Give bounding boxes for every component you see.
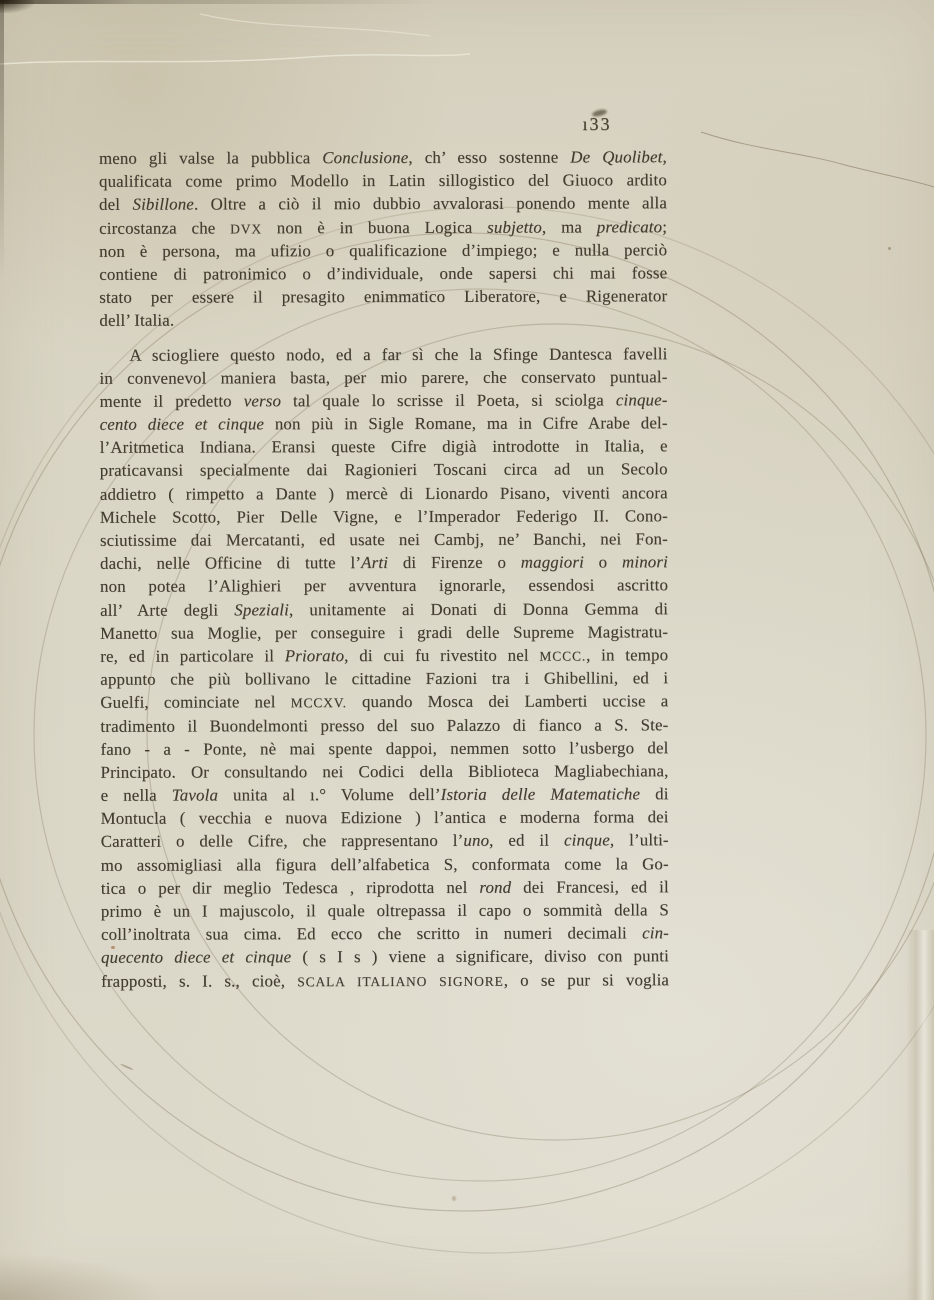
text-segment: contiene di patronimico o d’individuale,… bbox=[99, 263, 667, 283]
text-segment: qualificata come primo Modello in Latin … bbox=[99, 170, 667, 190]
text-segment: , ma bbox=[542, 217, 597, 236]
text-line: del Sibillone. Oltre a ciò il mio dubbio… bbox=[99, 192, 667, 217]
text-segment: coll’inoltrata sua cima. Ed ecco che scr… bbox=[101, 924, 642, 944]
text-segment: ( s I s ) viene a significare, diviso co… bbox=[291, 947, 669, 967]
text-segment: mo assomigliasi alla figura dell’alfabet… bbox=[101, 854, 669, 874]
text-line: Montucla ( vecchia e nuova Edizione ) l’… bbox=[101, 806, 669, 831]
text-segment: dell’ Italia. bbox=[99, 311, 174, 330]
deckle-edge-right bbox=[906, 930, 934, 1300]
paper-crack-line bbox=[701, 132, 934, 187]
text-line: coll’inoltrata sua cima. Ed ecco che scr… bbox=[101, 921, 669, 946]
text-segment: non è persona, ma ufizio o qualificazion… bbox=[99, 240, 667, 260]
crease-highlight-left bbox=[0, 54, 470, 64]
text-segment-smallcaps: DVX bbox=[230, 221, 262, 236]
text-segment-italic: cento diece et cinque bbox=[100, 414, 264, 433]
text-line: addietro ( rimpetto a Dante ) mercè di L… bbox=[100, 481, 668, 506]
text-line: in convenevol maniera basta, per mio par… bbox=[99, 365, 667, 390]
text-segment: frapposti, s. I. s., cioè, bbox=[101, 971, 297, 991]
text-line: Principato. Or consultando nei Codici de… bbox=[101, 759, 669, 784]
text-segment: Montucla ( vecchia e nuova Edizione ) l’… bbox=[101, 808, 669, 828]
text-segment: ; bbox=[662, 217, 667, 236]
text-segment-italic: Tavola bbox=[172, 785, 218, 804]
text-line: Manetto sua Moglie, per conseguire i gra… bbox=[100, 620, 668, 645]
scanned-book-page: ı33 meno gli valse la pubblica Conclusio… bbox=[0, 0, 934, 1300]
text-line: stato per essere il presagito enimmatico… bbox=[99, 284, 667, 309]
text-line: contiene di patronimico o d’individuale,… bbox=[99, 261, 667, 286]
text-line: qualificata come primo Modello in Latin … bbox=[99, 168, 667, 193]
text-segment-italic: Sibillone bbox=[132, 195, 194, 214]
text-line: Michele Scotto, Pier Delle Vigne, e l’Im… bbox=[100, 504, 668, 529]
text-line: mo assomigliasi alla figura dell’alfabet… bbox=[101, 852, 669, 877]
text-line: mente il predetto verso tal quale lo scr… bbox=[100, 388, 668, 413]
text-segment: , ch’ esso sostenne bbox=[408, 148, 570, 167]
text-segment: meno gli valse la pubblica bbox=[99, 148, 322, 168]
text-line: dell’ Italia. bbox=[99, 308, 667, 333]
text-segment: dei Francesi, ed il bbox=[511, 877, 669, 896]
text-segment: A sciogliere questo nodo, ed a far sì ch… bbox=[129, 344, 667, 364]
foxing-speck bbox=[452, 1196, 456, 1201]
text-line: dachi, nelle Officine di tutte l’Arti di… bbox=[100, 550, 668, 575]
text-segment: circostanza che bbox=[99, 218, 230, 237]
text-line: primo è un I majuscolo, il quale oltrepa… bbox=[101, 898, 669, 923]
text-segment-italic: maggiori bbox=[521, 553, 584, 572]
text-block: meno gli valse la pubblica Conclusione, … bbox=[99, 145, 669, 992]
text-segment: in convenevol maniera basta, per mio par… bbox=[99, 367, 667, 387]
top-edge-shadow bbox=[0, 0, 440, 4]
text-segment-italic: cinque- bbox=[616, 390, 668, 409]
page-number: ı33 bbox=[565, 114, 629, 135]
text-segment: mente il predetto bbox=[100, 391, 244, 410]
text-segment-italic: Conclusione bbox=[322, 148, 408, 167]
text-segment: , bbox=[662, 147, 666, 166]
text-segment-italic: Istoria delle Matematiche bbox=[441, 784, 641, 804]
text-segment: non potea l’Alighieri per avventura igno… bbox=[100, 576, 668, 596]
text-segment-italic: verso bbox=[244, 391, 281, 410]
text-segment: all’ Arte degli bbox=[100, 600, 234, 619]
corner-shadow-top-left bbox=[0, 0, 34, 13]
text-segment: , o se pur si voglia bbox=[504, 970, 669, 989]
text-segment: Manetto sua Moglie, per conseguire i gra… bbox=[100, 622, 668, 642]
text-segment-italic: Arti bbox=[361, 553, 388, 572]
text-segment: , ed il bbox=[489, 831, 564, 850]
text-segment-italic: Priorato bbox=[285, 646, 344, 665]
text-segment-italic: Speziali bbox=[234, 600, 289, 619]
text-segment: del bbox=[99, 195, 132, 214]
text-segment: Michele Scotto, Pier Delle Vigne, e l’Im… bbox=[100, 506, 668, 526]
text-line: sciutissime dai Mercatanti, ed usate nei… bbox=[100, 527, 668, 552]
text-line: A sciogliere questo nodo, ed a far sì ch… bbox=[99, 342, 667, 367]
text-segment: non più in Sigle Romane, ma in Cifre Ara… bbox=[264, 413, 668, 433]
text-segment: sciutissime dai Mercatanti, ed usate nei… bbox=[100, 529, 668, 549]
text-line: frapposti, s. I. s., cioè, SCALA ITALIAN… bbox=[101, 968, 669, 993]
left-edge-shadow bbox=[0, 0, 4, 280]
text-segment: re, ed in particolare il bbox=[100, 646, 285, 665]
text-segment: praticavansi specialmente dai Ragionieri… bbox=[100, 460, 668, 480]
text-line: all’ Arte degli Speziali, unitamente ai … bbox=[100, 597, 668, 622]
paper-scratch bbox=[120, 1063, 134, 1071]
text-segment-smallcaps: SCALA ITALIANO SIGNORE bbox=[297, 973, 504, 989]
text-line: Caratteri o delle Cifre, che rappresenta… bbox=[101, 829, 669, 854]
text-line: e nella Tavola unita al ı.° Volume dell’… bbox=[101, 782, 669, 807]
text-segment: di Firenze o bbox=[388, 553, 521, 572]
text-segment: , l’ulti- bbox=[610, 831, 669, 850]
text-line: quecento diece et cinque ( s I s ) viene… bbox=[101, 945, 669, 970]
text-line: fano - a - Ponte, nè mai spente dappoi, … bbox=[100, 736, 668, 761]
text-line: meno gli valse la pubblica Conclusione, … bbox=[99, 145, 667, 170]
text-segment: quando Mosca dei Lamberti uccise a bbox=[347, 692, 668, 712]
crease-highlight-top bbox=[200, 14, 430, 36]
text-segment: primo è un I majuscolo, il quale oltrepa… bbox=[101, 900, 669, 920]
foxing-speck bbox=[888, 247, 891, 250]
text-line: cento diece et cinque non più in Sigle R… bbox=[100, 411, 668, 436]
text-segment-italic: uno bbox=[463, 831, 489, 850]
text-segment: , unitamente ai Donati di Donna Gemma di bbox=[289, 599, 668, 619]
text-line: tica o per dir meglio Tedesca , riprodot… bbox=[101, 875, 669, 900]
text-segment: fano - a - Ponte, nè mai spente dappoi, … bbox=[100, 738, 668, 758]
text-segment: o bbox=[584, 553, 622, 572]
text-segment: e nella bbox=[101, 786, 172, 805]
text-segment: appunto che più bollivano le cittadine F… bbox=[100, 668, 668, 688]
text-line: circostanza che DVX non è in buona Logic… bbox=[99, 215, 667, 240]
text-line: re, ed in particolare il Priorato, di cu… bbox=[100, 643, 668, 668]
text-segment: Principato. Or consultando nei Codici de… bbox=[101, 761, 669, 781]
text-segment: tradimento il Buondelmonti presso del su… bbox=[100, 715, 668, 735]
text-segment: di bbox=[640, 784, 668, 803]
text-segment: , in tempo bbox=[586, 645, 668, 664]
text-segment-italic: subjetto bbox=[487, 217, 542, 236]
corner-shade-bottom-left bbox=[0, 1254, 160, 1300]
text-line: praticavansi specialmente dai Ragionieri… bbox=[100, 458, 668, 483]
text-line: Guelfi, cominciate nel MCCXV. quando Mos… bbox=[100, 690, 668, 715]
text-line: appunto che più bollivano le cittadine F… bbox=[100, 666, 668, 691]
text-segment-italic: cinque bbox=[564, 831, 610, 850]
text-segment-italic: cin- bbox=[642, 923, 669, 942]
text-segment: tica o per dir meglio Tedesca , riprodot… bbox=[101, 878, 480, 898]
text-segment-italic: rond bbox=[479, 877, 511, 896]
text-segment: non è in buona Logica bbox=[262, 217, 487, 237]
text-line: l’Aritmetica Indiana. Eransi queste Cifr… bbox=[100, 435, 668, 460]
text-segment: addietro ( rimpetto a Dante ) mercè di L… bbox=[100, 483, 668, 503]
text-segment: tal quale lo scrisse il Poeta, si sciolg… bbox=[281, 390, 616, 410]
text-segment-italic: quecento diece et cinque bbox=[101, 948, 291, 967]
text-segment-smallcaps: MCCXV. bbox=[291, 695, 347, 710]
text-segment: Guelfi, cominciate nel bbox=[100, 693, 290, 712]
text-segment-italic: minori bbox=[622, 552, 668, 571]
text-line: tradimento il Buondelmonti presso del su… bbox=[100, 713, 668, 738]
text-line: non è persona, ma ufizio o qualificazion… bbox=[99, 238, 667, 263]
text-segment: dachi, nelle Officine di tutte l’ bbox=[100, 553, 361, 573]
text-segment: unita al ı.° Volume dell’ bbox=[218, 785, 441, 805]
text-segment: . Oltre a ciò il mio dubbio avvalorasi p… bbox=[194, 194, 667, 214]
text-line: non potea l’Alighieri per avventura igno… bbox=[100, 574, 668, 599]
text-segment: stato per essere il presagito enimmatico… bbox=[99, 286, 667, 306]
text-segment-smallcaps: MCCC. bbox=[539, 648, 586, 663]
text-segment-italic: predicato bbox=[597, 217, 663, 236]
text-segment: Caratteri o delle Cifre, che rappresenta… bbox=[101, 831, 464, 851]
text-segment-italic: De Quolibet bbox=[570, 147, 662, 166]
text-segment: , di cui fu rivestito nel bbox=[344, 646, 539, 666]
text-segment: l’Aritmetica Indiana. Eransi queste Cifr… bbox=[100, 437, 668, 457]
